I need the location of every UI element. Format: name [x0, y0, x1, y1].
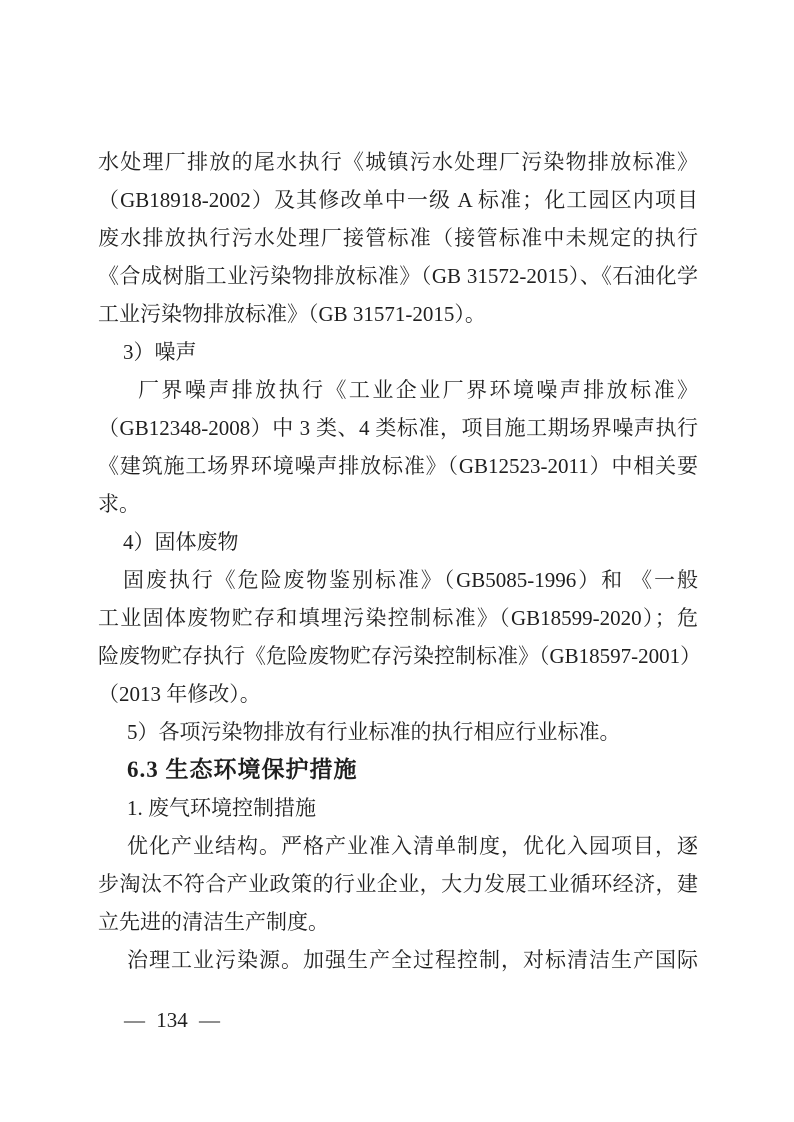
document-body: 水处理厂排放的尾水执行《城镇污水处理厂污染物排放标准》 （GB18918-200…	[98, 143, 698, 979]
text-line: 《建筑施工场界环境噪声排放标准》（GB12523-2011）中相关要	[98, 447, 698, 485]
document-page: 水处理厂排放的尾水执行《城镇污水处理厂污染物排放标准》 （GB18918-200…	[0, 0, 794, 1122]
text-line: （GB12348-2008）中 3 类、4 类标准，项目施工期场界噪声执行	[98, 409, 698, 447]
text-line: 步淘汰不符合产业政策的行业企业，大力发展工业循环经济，建	[98, 865, 698, 903]
text-line: （2013 年修改）。	[98, 675, 698, 713]
section-heading-6-3: 6.3 生态环境保护措施	[98, 751, 698, 789]
text-line: 险废物贮存执行《危险废物贮存污染控制标准》（GB18597-2001）	[98, 637, 698, 675]
text-line: 《合成树脂工业污染物排放标准》（GB 31572-2015）、《石油化学	[98, 257, 698, 295]
text-line: 废水排放执行污水处理厂接管标准（接管标准中未规定的执行	[98, 219, 698, 257]
text-line: 厂界噪声排放执行《工业企业厂界环境噪声排放标准》	[98, 371, 698, 409]
subsection-heading-1: 1. 废气环境控制措施	[98, 789, 698, 827]
text-line: 优化产业结构。严格产业准入清单制度，优化入园项目，逐	[98, 827, 698, 865]
text-line: 治理工业污染源。加强生产全过程控制，对标清洁生产国际	[98, 941, 698, 979]
text-line: 立先进的清洁生产制度。	[98, 903, 698, 941]
text-line: 工业固体废物贮存和填埋污染控制标准》（GB18599-2020）；危	[98, 599, 698, 637]
text-line: （GB18918-2002）及其修改单中一级 A 标准；化工园区内项目	[98, 181, 698, 219]
text-line: 固废执行《危险废物鉴别标准》（GB5085-1996）和 《一般	[98, 561, 698, 599]
page-number: — 134 —	[124, 1005, 220, 1035]
text-line: 求。	[98, 485, 698, 523]
list-item-heading-other-standards: 5）各项污染物排放有行业标准的执行相应行业标准。	[98, 713, 698, 751]
text-line: 工业污染物排放标准》（GB 31571-2015）。	[98, 295, 698, 333]
text-line: 水处理厂排放的尾水执行《城镇污水处理厂污染物排放标准》	[98, 143, 698, 181]
list-item-heading-solid-waste: 4）固体废物	[98, 523, 698, 561]
list-item-heading-noise: 3）噪声	[98, 333, 698, 371]
